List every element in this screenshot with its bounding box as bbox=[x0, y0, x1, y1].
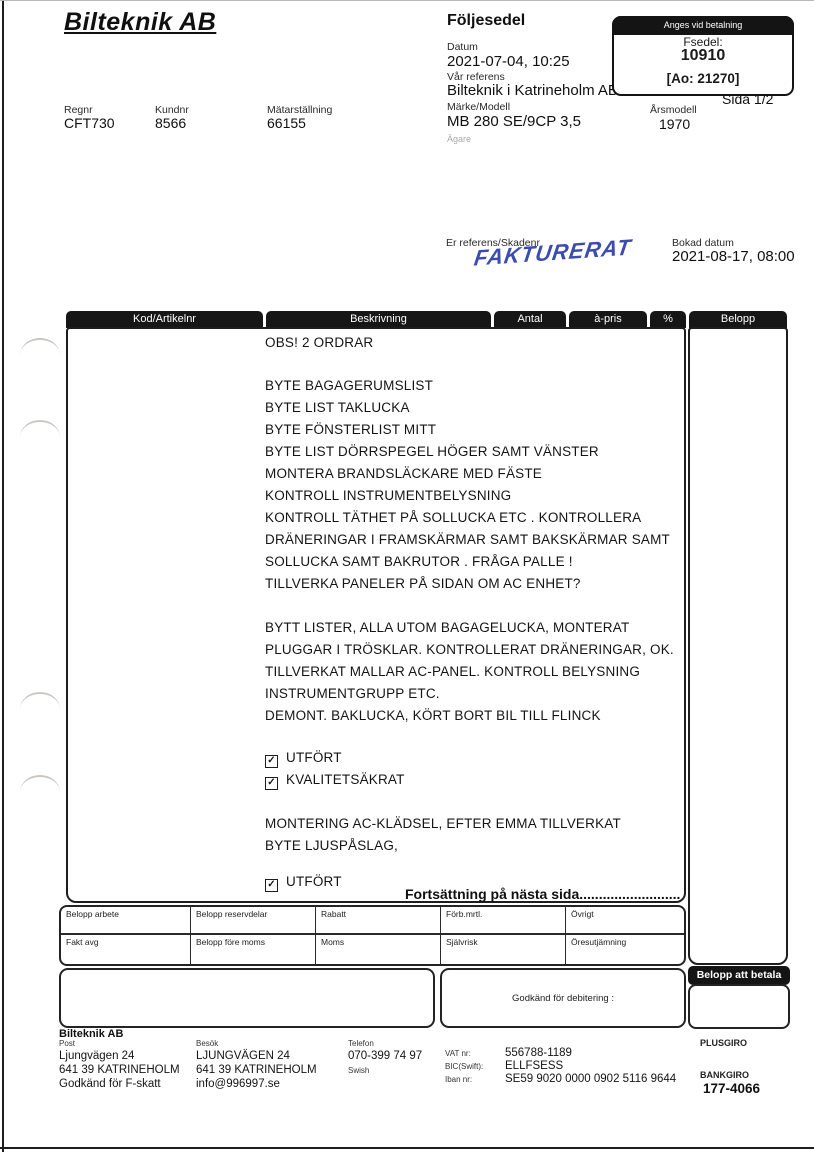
work-line: BYTT LISTER, ALLA UTOM BAGAGELUCKA, MONT… bbox=[265, 617, 685, 639]
email-line: info@996997.se bbox=[196, 1077, 317, 1091]
payment-box-header: Anges vid betalning bbox=[612, 16, 794, 35]
vat-value: 556788-1189 bbox=[505, 1047, 676, 1059]
matarstallning-value: 66155 bbox=[267, 115, 306, 131]
datum-value: 2021-07-04, 10:25 bbox=[447, 53, 570, 70]
belopp-att-betala-header: Belopp att betala bbox=[688, 966, 790, 985]
swish-label: Swish bbox=[348, 1066, 422, 1076]
ao-number: [Ao: 21270] bbox=[614, 71, 792, 86]
bic-label: BIC(Swift): bbox=[445, 1062, 499, 1071]
work-line: KONTROLL INSTRUMENTBELYSNING bbox=[265, 485, 685, 507]
order1-block: BYTE BAGAGERUMSLIST BYTE LIST TAKLUCKA B… bbox=[265, 375, 685, 595]
work-line: PLUGGAR I TRÖSKLAR. KONTROLLERAT DRÄNERI… bbox=[265, 639, 685, 661]
continuation-note: Fortsättning på nästa sida..............… bbox=[405, 886, 680, 902]
post-label: Post bbox=[59, 1039, 180, 1049]
summary-cell-fakt-avg: Fakt avg bbox=[61, 935, 191, 964]
checkbox-checked-icon: ✓ bbox=[265, 879, 278, 892]
bokad-datum-value: 2021-08-17, 08:00 bbox=[672, 248, 795, 265]
work-line: INSTRUMENTGRUPP ETC. bbox=[265, 683, 685, 705]
checkbox-checked-icon: ✓ bbox=[265, 755, 278, 768]
work-line: OBS! 2 ORDRAR bbox=[265, 332, 685, 354]
checkbox-label: KVALITETSÄKRAT bbox=[286, 772, 405, 787]
work-line: BYTE LIST TAKLUCKA bbox=[265, 397, 685, 419]
summary-cell-forb-mrtl: Förb.mrtl. bbox=[441, 907, 566, 935]
column-header-antal: Antal bbox=[494, 311, 566, 328]
kundnr-value: 8566 bbox=[155, 115, 186, 131]
belopp-column-box bbox=[688, 327, 788, 965]
checkbox-row: ✓UTFÖRT bbox=[265, 747, 685, 769]
work-line: DRÄNERINGAR I FRAMSKÄRMAR SAMT BAKSKÄRMA… bbox=[265, 529, 685, 551]
checkbox-row: ✓KVALITETSÄKRAT bbox=[265, 769, 685, 791]
report1-block: BYTT LISTER, ALLA UTOM BAGAGELUCKA, MONT… bbox=[265, 617, 685, 727]
arsmodell-value: 1970 bbox=[659, 116, 690, 132]
bankgiro-value: 177-4066 bbox=[703, 1081, 760, 1096]
work-line: DEMONT. BAKLUCKA, KÖRT BORT BIL TILL FLI… bbox=[265, 705, 685, 727]
work-line: MONTERING AC-KLÄDSEL, EFTER EMMA TILLVER… bbox=[265, 813, 685, 835]
post-address-line: 641 39 KATRINEHOLM bbox=[59, 1063, 180, 1077]
vat-label: VAT nr: bbox=[445, 1049, 499, 1058]
bankgiro-label: BANKGIRO bbox=[700, 1070, 749, 1080]
summary-table: Belopp arbete Belopp reservdelar Rabatt … bbox=[59, 905, 686, 966]
punch-hole-mark bbox=[20, 775, 60, 792]
punch-hole-mark bbox=[20, 338, 60, 355]
column-header-kod-artikelnr: Kod/Artikelnr bbox=[66, 311, 263, 328]
besok-address-line: LJUNGVÄGEN 24 bbox=[196, 1049, 317, 1063]
work-line: TILLVERKA PANELER PÅ SIDAN OM AC ENHET? bbox=[265, 573, 685, 595]
approval-box: Godkänd för debitering : bbox=[440, 968, 686, 1028]
iban-value: SE59 9020 0000 0902 5116 9644 bbox=[505, 1073, 676, 1085]
marke-modell-label: Märke/Modell bbox=[447, 101, 510, 113]
work-line: KONTROLL TÄTHET PÅ SOLLUCKA ETC . KONTRO… bbox=[265, 507, 685, 529]
approval-label: Godkänd för debitering : bbox=[512, 993, 614, 1004]
notes-box bbox=[59, 968, 435, 1028]
post-address-line: Ljungvägen 24 bbox=[59, 1049, 180, 1063]
scan-left-edge bbox=[2, 0, 4, 1152]
footer-ids-column: VAT nr: 556788-1189 BIC(Swift): ELLFSESS… bbox=[445, 1047, 676, 1085]
column-header-percent: % bbox=[650, 311, 686, 328]
column-header-belopp: Belopp bbox=[689, 311, 787, 328]
checkbox-label: UTFÖRT bbox=[286, 750, 342, 765]
plusgiro-label: PLUSGIRO bbox=[700, 1038, 747, 1048]
work-line: BYTE LIST DÖRRSPEGEL HÖGER SAMT VÄNSTER bbox=[265, 441, 685, 463]
work-line: BYTE LJUSPÅSLAG, bbox=[265, 835, 685, 857]
scan-bottom-edge bbox=[0, 1147, 814, 1149]
payment-reference-box: Anges vid betalning Fsedel: 10910 [Ao: 2… bbox=[612, 16, 794, 96]
obs-line-block: OBS! 2 ORDRAR bbox=[265, 332, 685, 354]
marke-modell-value: MB 280 SE/9CP 3,5 bbox=[447, 113, 581, 130]
summary-cell-sjalvrisk: Självrisk bbox=[441, 935, 566, 964]
regnr-value: CFT730 bbox=[64, 115, 115, 131]
f-skatt-line: Godkänd för F-skatt bbox=[59, 1077, 180, 1091]
summary-cell-belopp-reservdelar: Belopp reservdelar bbox=[191, 907, 316, 935]
var-referens-value: Bilteknik i Katrineholm AB bbox=[447, 82, 618, 99]
work-line: BYTE BAGAGERUMSLIST bbox=[265, 375, 685, 397]
document-title: Följesedel bbox=[447, 12, 525, 30]
work-line: MONTERA BRANDSLÄCKARE MED FÄSTE bbox=[265, 463, 685, 485]
bic-value: ELLFSESS bbox=[505, 1060, 676, 1072]
agare-label-faint: Ägare bbox=[447, 134, 471, 144]
summary-cell-moms: Moms bbox=[316, 935, 441, 964]
fsedel-number: 10910 bbox=[614, 47, 792, 65]
column-header-a-pris: à-pris bbox=[569, 311, 647, 328]
summary-cell-ovrigt: Övrigt bbox=[566, 907, 684, 935]
checkbox-checked-icon: ✓ bbox=[265, 777, 278, 790]
iban-label: Iban nr: bbox=[445, 1075, 499, 1084]
table-header-row: Kod/Artikelnr Beskrivning Antal à-pris % bbox=[66, 311, 686, 328]
footer-besok-column: Besök LJUNGVÄGEN 24 641 39 KATRINEHOLM i… bbox=[196, 1039, 317, 1091]
scan-top-edge bbox=[0, 0, 814, 1]
summary-cell-rabatt: Rabatt bbox=[316, 907, 441, 935]
company-logo: Bilteknik AB bbox=[64, 8, 216, 37]
work-line: TILLVERKAT MALLAR AC-PANEL. KONTROLL BEL… bbox=[265, 661, 685, 683]
summary-cell-belopp-fore-moms: Belopp före moms bbox=[191, 935, 316, 964]
summary-cell-belopp-arbete: Belopp arbete bbox=[61, 907, 191, 935]
besok-label: Besök bbox=[196, 1039, 317, 1049]
arsmodell-label: Årsmodell bbox=[650, 104, 697, 116]
belopp-att-betala-box bbox=[688, 984, 790, 1029]
besok-address-line: 641 39 KATRINEHOLM bbox=[196, 1063, 317, 1077]
work-line: SOLLUCKA SAMT BAKRUTOR . FRÅGA PALLE ! bbox=[265, 551, 685, 573]
telefon-label: Telefon bbox=[348, 1039, 422, 1049]
checkbox-block-1: ✓UTFÖRT ✓KVALITETSÄKRAT bbox=[265, 747, 685, 791]
delivery-note-page: Bilteknik AB Regnr CFT730 Kundnr 8566 Mä… bbox=[0, 0, 814, 1152]
footer-post-column: Post Ljungvägen 24 641 39 KATRINEHOLM Go… bbox=[59, 1039, 180, 1091]
punch-hole-mark bbox=[20, 420, 60, 437]
punch-hole-mark bbox=[20, 692, 60, 709]
footer-telefon-column: Telefon 070-399 74 97 Swish bbox=[348, 1039, 422, 1076]
column-header-beskrivning: Beskrivning bbox=[266, 311, 491, 328]
checkbox-label: UTFÖRT bbox=[286, 874, 342, 889]
work-line: BYTE FÖNSTERLIST MITT bbox=[265, 419, 685, 441]
summary-cell-oresutjamning: Öresutjämning bbox=[566, 935, 684, 964]
datum-label: Datum bbox=[447, 41, 478, 53]
telefon-value: 070-399 74 97 bbox=[348, 1049, 422, 1063]
order2-block: MONTERING AC-KLÄDSEL, EFTER EMMA TILLVER… bbox=[265, 813, 685, 857]
